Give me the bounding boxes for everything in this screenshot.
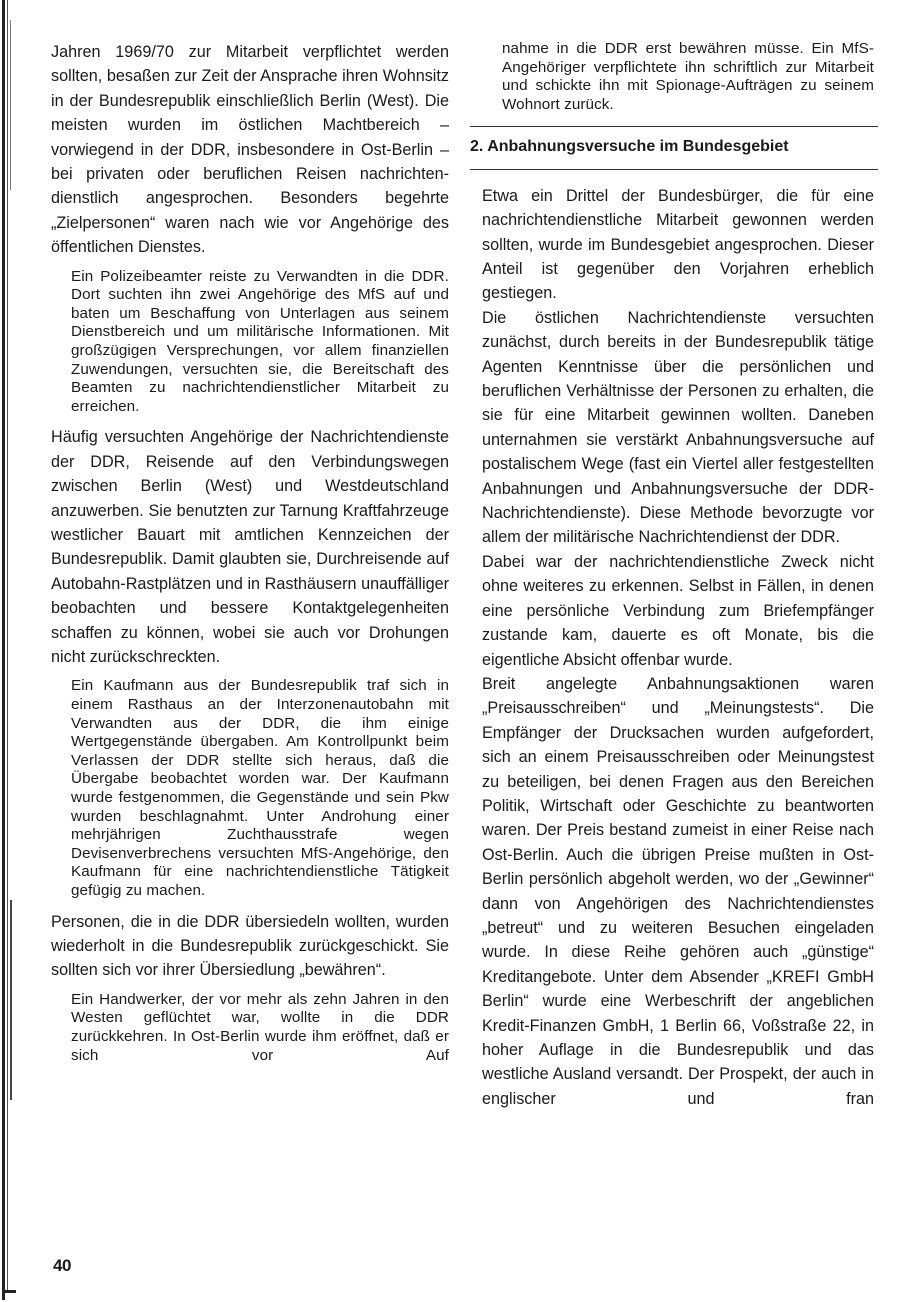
body-paragraph: Etwa ein Drittel der Bundesbürger, die f… [482, 184, 874, 306]
body-paragraph: Dabei war der nachrichtendienstliche Zwe… [482, 550, 874, 672]
body-paragraph: Jahren 1969/70 zur Mitarbeit verpflichte… [51, 40, 449, 260]
example-paragraph: Ein Handwerker, der vor mehr als zehn Ja… [71, 991, 449, 1065]
scan-binding-edge [0, 0, 16, 1302]
scan-edge-line [2, 0, 5, 1300]
example-paragraph: Ein Kaufmann aus der Bundesrepublik traf… [71, 677, 449, 900]
body-paragraph: Personen, die in die DDR übersiedeln wol… [51, 910, 449, 983]
example-paragraph: Ein Polizeibeamter reiste zu Verwandten … [71, 268, 449, 417]
scan-edge-line [7, 0, 8, 1290]
scan-edge-line [10, 900, 12, 1100]
body-paragraph: Die östlichen Nachrichtendienste versuch… [482, 306, 874, 550]
scan-edge-corner [4, 1290, 16, 1293]
section-heading: 2. Anbahnungsversuche im Bundesgebiet [470, 126, 878, 169]
body-paragraph: Häufig versuchten Angehörige der Nachric… [51, 425, 449, 669]
left-column: Jahren 1969/70 zur Mitarbeit verpflichte… [51, 40, 449, 1074]
scan-edge-line [10, 20, 11, 190]
body-paragraph: Breit angelegte Anbahnungsaktionen waren… [482, 672, 874, 1111]
page-number: 40 [53, 1256, 71, 1276]
right-column: nahme in die DDR erst bewähren müsse. Ei… [482, 40, 874, 1111]
example-paragraph-continued: nahme in die DDR erst bewähren müsse. Ei… [502, 40, 874, 114]
